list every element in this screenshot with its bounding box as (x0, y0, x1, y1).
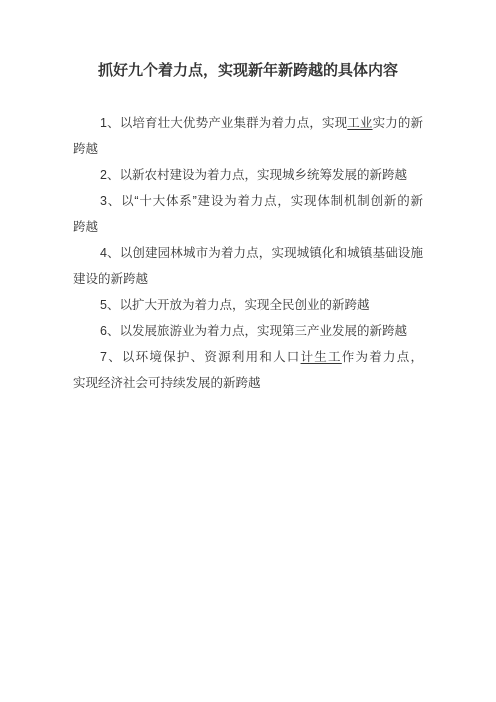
text-line: 6、以发展旅游业为着力点，实现第三产业发展的新跨越 (73, 318, 423, 344)
text-segment: 建设的新跨越 (73, 272, 148, 286)
paragraph: 3、以“十大体系”建设为着力点，实现体制机制创新的新跨越 (73, 188, 423, 240)
text-segment: 5、以扩大开放为着力点，实现全民创业的新跨越 (100, 298, 369, 312)
text-segment: 跨越 (73, 142, 98, 156)
paragraph: 7、以环境保护、资源利用和人口计生工作为着力点，实现经济社会可持续发展的新跨越 (73, 344, 423, 396)
underlined-text: 工业 (347, 116, 372, 130)
text-line: 2、以新农村建设为着力点，实现城乡统筹发展的新跨越 (73, 162, 423, 188)
text-segment: 4、以创建园林城市为着力点，实现城镇化和城镇基础设施 (100, 246, 423, 260)
underlined-text: 计生工 (301, 350, 342, 364)
text-segment: 2、以新农村建设为着力点，实现城乡统筹发展的新跨越 (100, 168, 407, 182)
text-segment: 实力的新 (373, 116, 423, 130)
text-segment: 3、以“十大体系”建设为着力点，实现体制机制创新的新 (100, 194, 423, 208)
text-segment: 7、以环境保护、资源利用和人口 (100, 350, 301, 364)
text-line: 跨越 (73, 214, 423, 240)
paragraph: 4、以创建园林城市为着力点，实现城镇化和城镇基础设施建设的新跨越 (73, 240, 423, 292)
text-line: 4、以创建园林城市为着力点，实现城镇化和城镇基础设施 (73, 240, 423, 266)
document-page: 抓好九个着力点，实现新年新跨越的具体内容 1、以培育壮大优势产业集群为着力点，实… (0, 0, 496, 702)
paragraph: 6、以发展旅游业为着力点，实现第三产业发展的新跨越 (73, 318, 423, 344)
document-title: 抓好九个着力点，实现新年新跨越的具体内容 (73, 56, 423, 86)
text-line: 实现经济社会可持续发展的新跨越 (73, 370, 423, 396)
paragraph: 5、以扩大开放为着力点，实现全民创业的新跨越 (73, 292, 423, 318)
text-line: 5、以扩大开放为着力点，实现全民创业的新跨越 (73, 292, 423, 318)
text-segment: 1、以培育壮大优势产业集群为着力点，实现 (100, 116, 347, 130)
document-body: 1、以培育壮大优势产业集群为着力点，实现工业实力的新跨越2、以新农村建设为着力点… (73, 110, 423, 396)
text-segment: 实现经济社会可持续发展的新跨越 (73, 376, 261, 390)
paragraph: 1、以培育壮大优势产业集群为着力点，实现工业实力的新跨越 (73, 110, 423, 162)
text-line: 跨越 (73, 136, 423, 162)
text-segment: 6、以发展旅游业为着力点，实现第三产业发展的新跨越 (100, 324, 407, 338)
text-line: 3、以“十大体系”建设为着力点，实现体制机制创新的新 (73, 188, 423, 214)
text-segment: 跨越 (73, 220, 98, 234)
text-line: 7、以环境保护、资源利用和人口计生工作为着力点， (73, 344, 423, 370)
text-line: 建设的新跨越 (73, 266, 423, 292)
paragraph: 2、以新农村建设为着力点，实现城乡统筹发展的新跨越 (73, 162, 423, 188)
text-segment: 作为着力点， (342, 350, 423, 364)
text-line: 1、以培育壮大优势产业集群为着力点，实现工业实力的新 (73, 110, 423, 136)
